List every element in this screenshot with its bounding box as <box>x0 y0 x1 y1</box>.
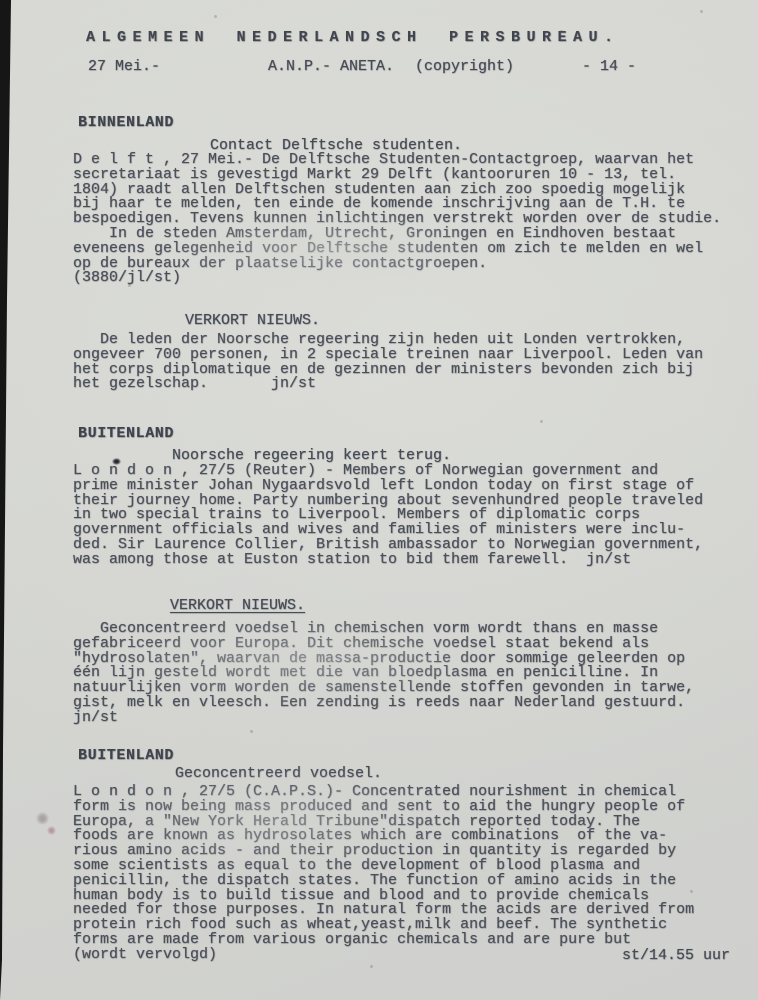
bulletin-title: ALGEMEEN NEDERLANDSCH PERSBUREAU. <box>86 31 620 46</box>
section-label-buitenland-2: BUITENLAND <box>78 749 174 764</box>
agency-name: A.N.P.- ANETA. <box>268 60 394 75</box>
page-number: - 14 - <box>582 60 636 75</box>
section-label-buitenland-1: BUITENLAND <box>78 427 174 442</box>
paper-speck <box>540 420 543 423</box>
copyright-note: (copyright) <box>415 60 514 75</box>
scanned-bulletin-page: ALGEMEEN NEDERLANDSCH PERSBUREAU. 27 Mei… <box>0 0 758 1000</box>
section-label-binnenland-1: BINNENLAND <box>78 116 174 131</box>
article-body-delft: D e l f t , 27 Mei.- De Delftsche Studen… <box>73 153 721 286</box>
paper-speck <box>370 965 373 968</box>
paper-stain <box>36 812 49 825</box>
bulletin-date: 27 Mei.- <box>88 60 160 75</box>
article-body-noorsche: L o n d o n , 27/5 (Reuter) - Members of… <box>73 464 703 568</box>
section-label-verkort-2: VERKORT NIEUWS. <box>170 599 305 614</box>
article-body-verkort-2: Geconcentreerd voedsel in chemischen vor… <box>73 622 694 726</box>
scan-edge-artifact <box>0 0 12 1000</box>
section-label-verkort-1: VERKORT NIEUWS. <box>185 314 320 329</box>
paper-speck <box>700 10 703 13</box>
article-body-voedsel: L o n d o n , 27/5 (C.A.P.S.)- Concentra… <box>73 785 694 963</box>
time-stamp: st/14.55 uur <box>622 949 730 964</box>
paper-speck <box>250 730 253 733</box>
article-body-verkort-1: De leden der Noorsche regeering zijn hed… <box>73 333 703 392</box>
paper-speck <box>214 15 217 18</box>
paper-stain <box>47 826 56 835</box>
article-heading-voedsel: Geconcentreerd voedsel. <box>175 767 382 782</box>
